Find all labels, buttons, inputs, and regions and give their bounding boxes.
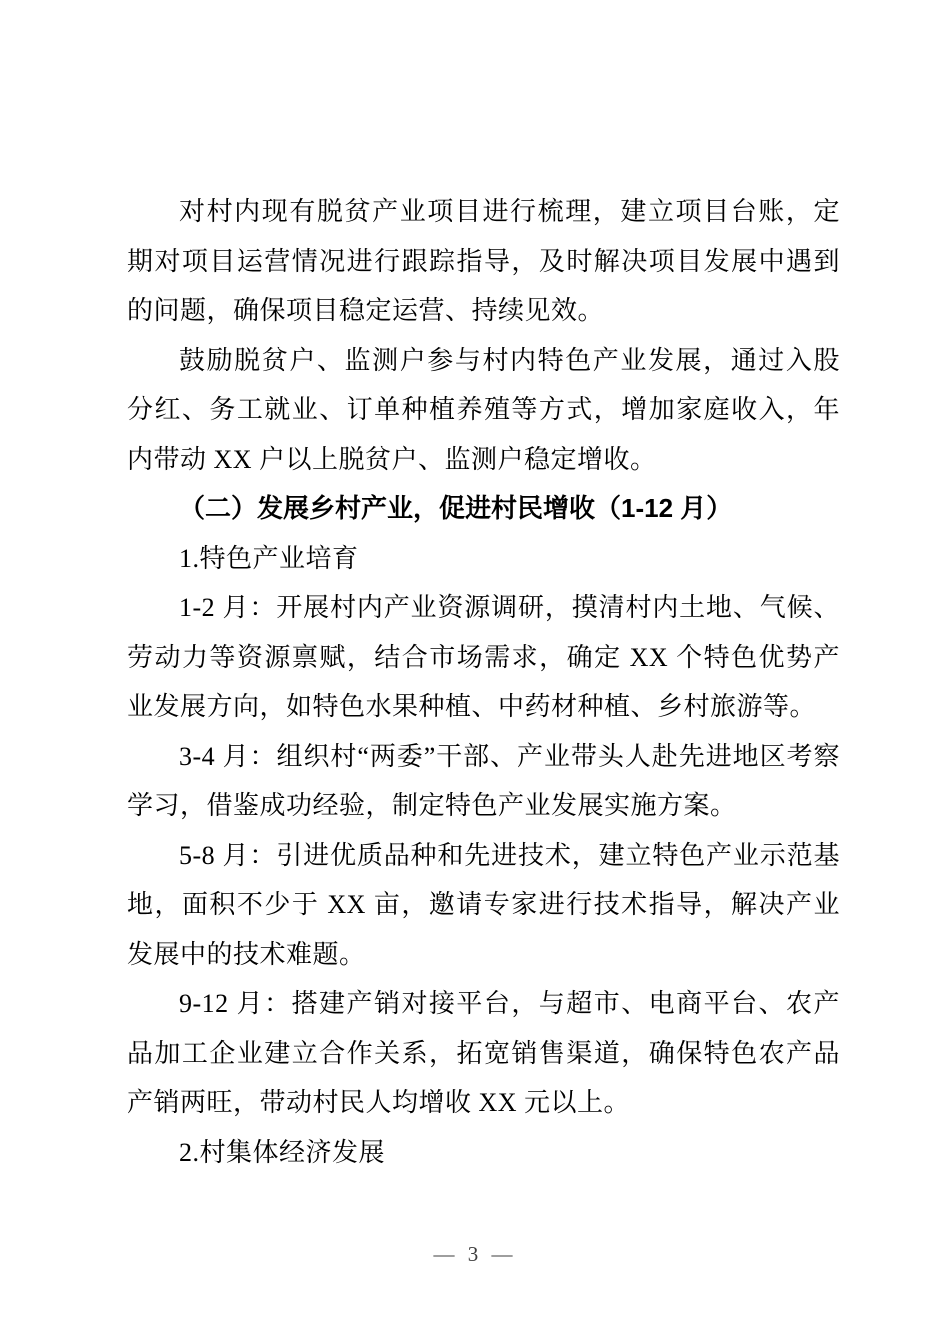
- page-number: — 3 —: [0, 1240, 950, 1268]
- document-page: 对村内现有脱贫产业项目进行梳理，建立项目台账，定期对项目运营情况进行跟踪指导，及…: [0, 0, 950, 1344]
- document-body: 对村内现有脱贫产业项目进行梳理，建立项目台账，定期对项目运营情况进行跟踪指导，及…: [127, 187, 840, 1177]
- paragraph-sep-dec-plan: 9-12 月：搭建产销对接平台，与超市、电商平台、农产品加工企业建立合作关系，拓…: [127, 979, 840, 1128]
- paragraph-encourage-households: 鼓励脱贫户、监测户参与村内特色产业发展，通过入股分红、务工就业、订单种植养殖等方…: [127, 336, 840, 485]
- paragraph-project-ledger: 对村内现有脱贫产业项目进行梳理，建立项目台账，定期对项目运营情况进行跟踪指导，及…: [127, 187, 840, 336]
- section-heading-rural-industry: （二）发展乡村产业，促进村民增收（1-12 月）: [127, 484, 840, 534]
- paragraph-mar-apr-plan: 3-4 月：组织村“两委”干部、产业带头人赴先进地区考察学习，借鉴成功经验，制定…: [127, 732, 840, 831]
- subheading-industry-cultivation: 1.特色产业培育: [127, 534, 840, 584]
- subheading-collective-economy: 2.村集体经济发展: [127, 1128, 840, 1178]
- paragraph-may-aug-plan: 5-8 月：引进优质品种和先进技术，建立特色产业示范基地，面积不少于 XX 亩，…: [127, 831, 840, 980]
- paragraph-jan-feb-plan: 1-2 月：开展村内产业资源调研，摸清村内土地、气候、劳动力等资源禀赋，结合市场…: [127, 583, 840, 732]
